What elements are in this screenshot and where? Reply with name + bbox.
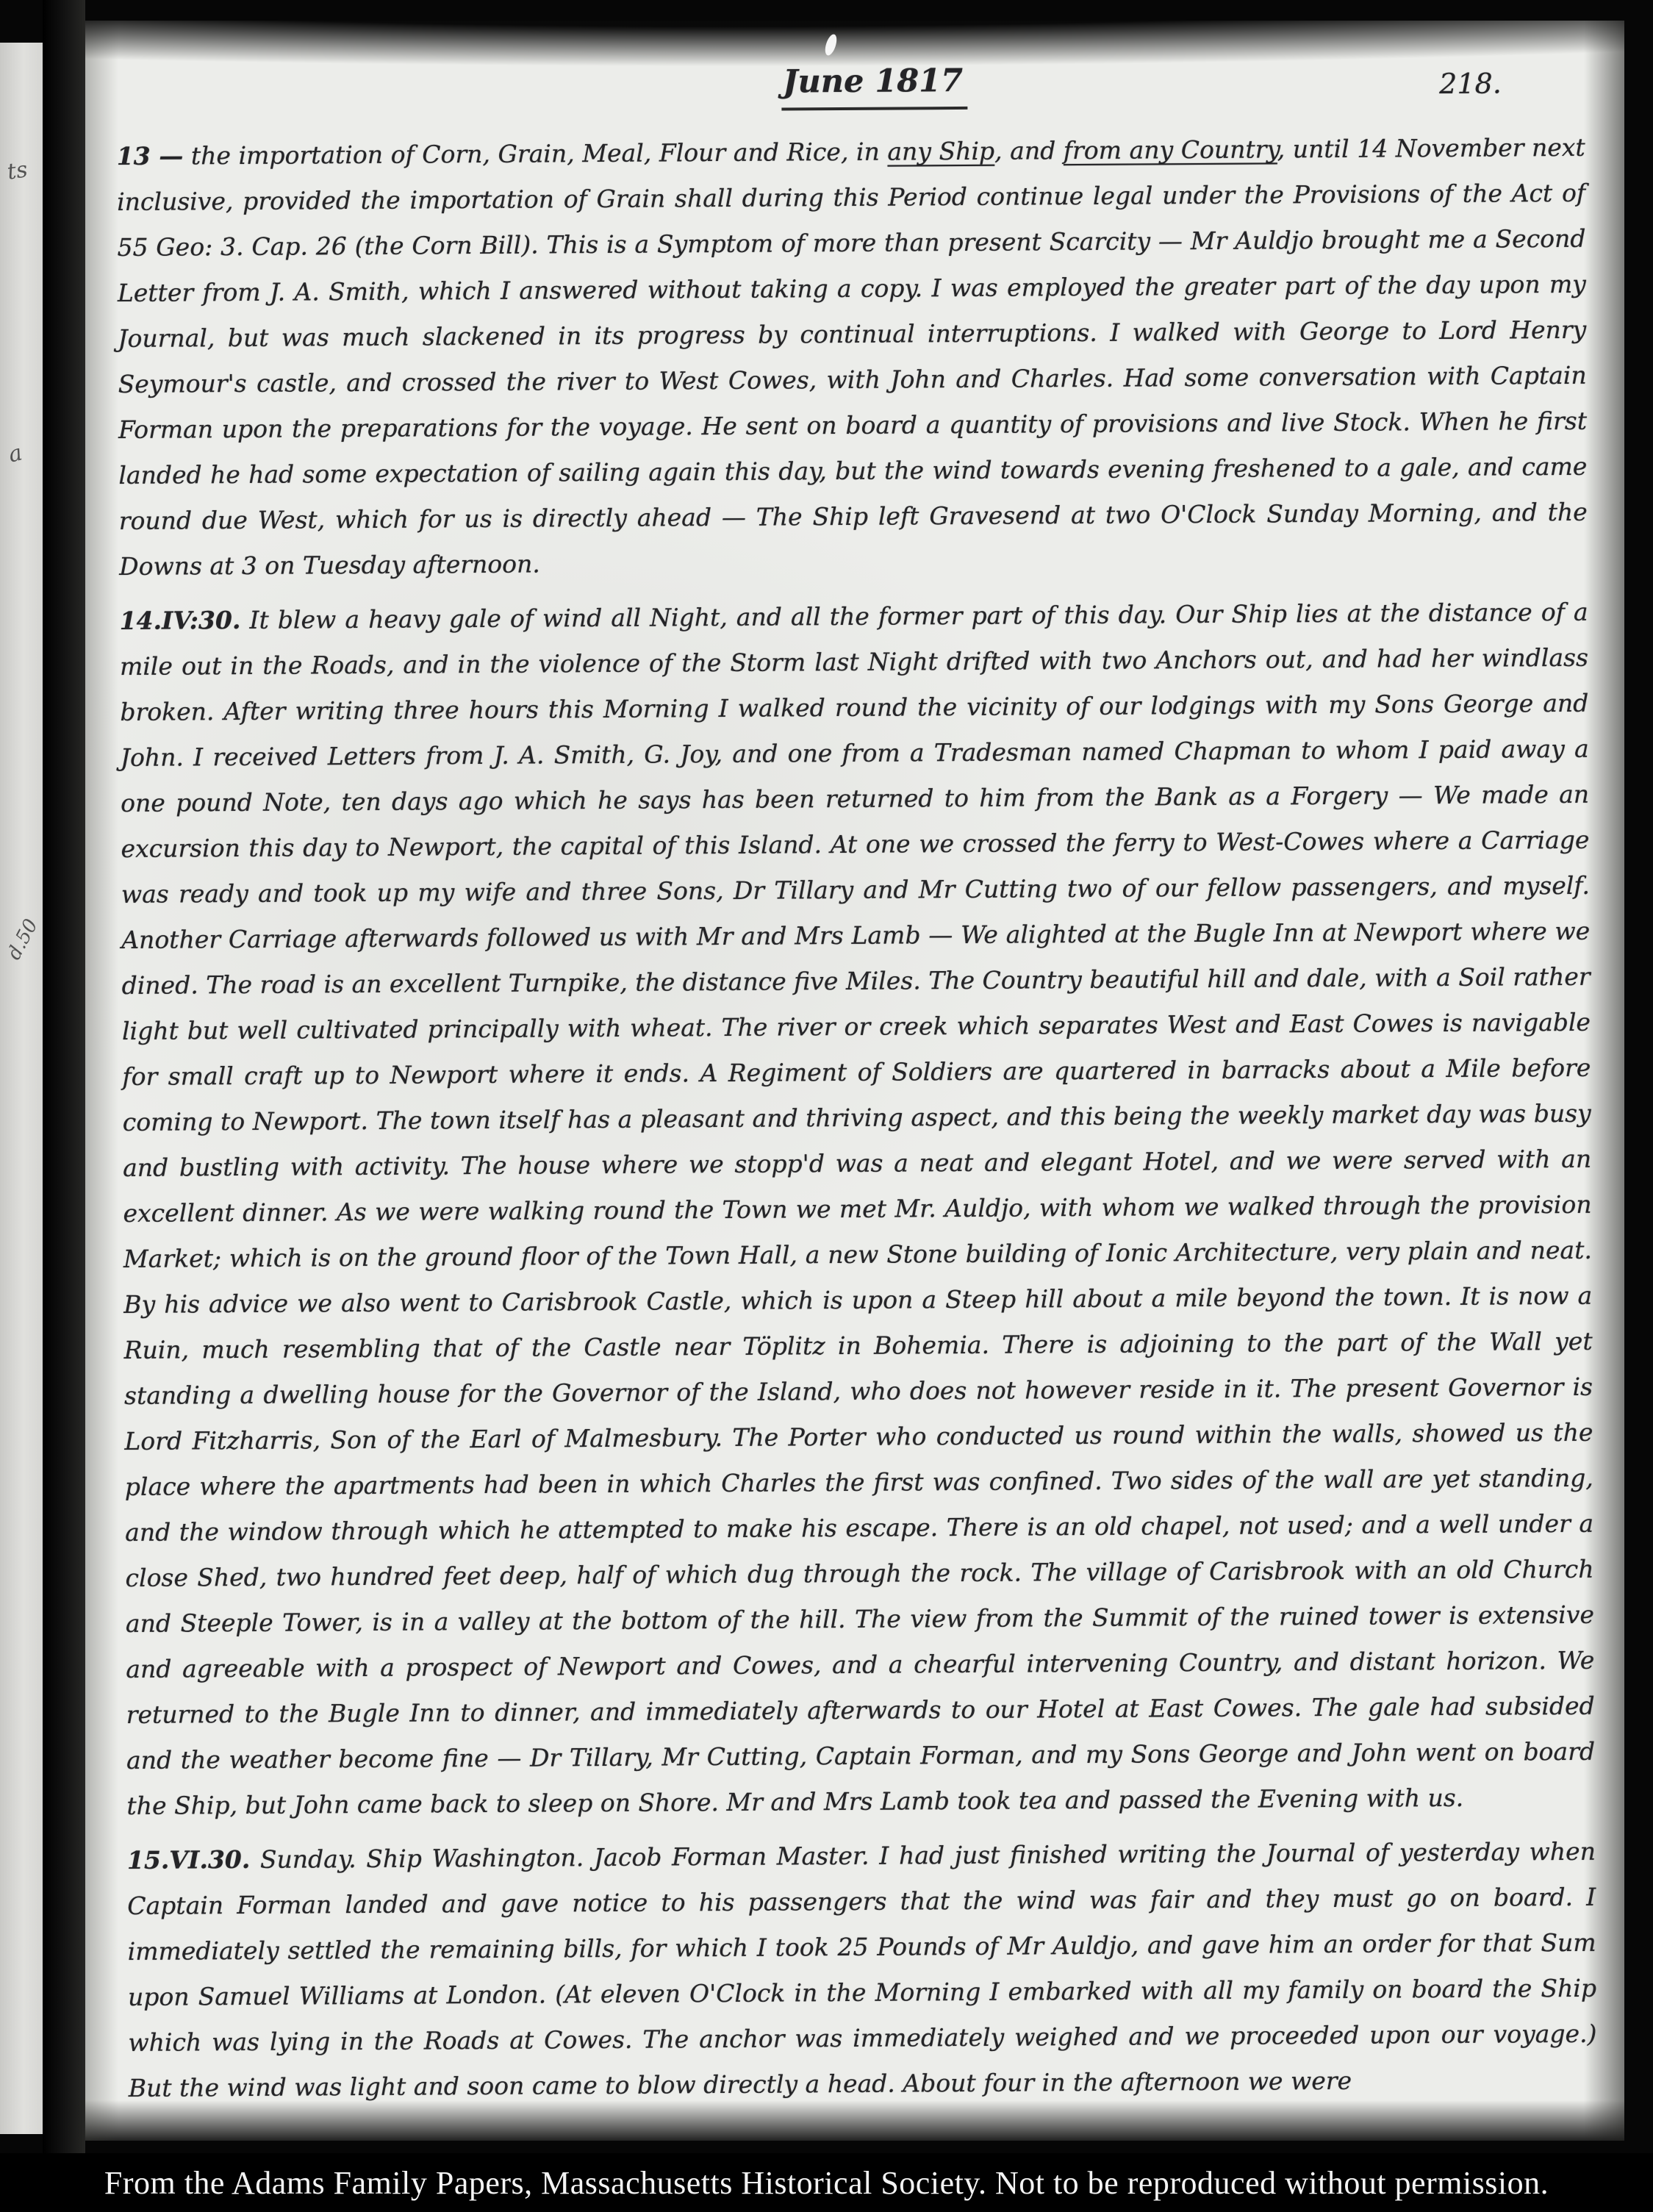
bleed-through-mark: a bbox=[7, 442, 25, 466]
credit-text: From the Adams Family Papers, Massachuse… bbox=[104, 2164, 1549, 2202]
journal-entry-june-14: 14.IV:30. It blew a heavy gale of wind a… bbox=[119, 590, 1595, 1829]
entry-date-label: 14.IV:30. bbox=[120, 606, 241, 635]
credit-bar: From the Adams Family Papers, Massachuse… bbox=[0, 2153, 1653, 2212]
dust-speck bbox=[823, 33, 839, 57]
journal-entry-june-13: 13 — the importation of Corn, Grain, Mea… bbox=[117, 125, 1588, 590]
entry-date-label: 15.VI.30. bbox=[127, 1845, 251, 1875]
manuscript-paper: June 1817 218. 13 — the importation of C… bbox=[85, 21, 1624, 2141]
entry-text-segment: , until 14 November next inclusive, prov… bbox=[117, 133, 1588, 581]
entry-text-segment: , and bbox=[994, 136, 1064, 165]
entry-text-underlined: from any Country bbox=[1064, 135, 1277, 165]
handwritten-content: June 1817 218. 13 — the importation of C… bbox=[116, 54, 1597, 2111]
journal-entry-june-15: 15.VI.30. Sunday. Ship Washington. Jacob… bbox=[127, 1829, 1597, 2111]
entry-date-label: 13 — bbox=[117, 141, 184, 171]
bleed-through-mark: ts bbox=[6, 159, 29, 184]
journal-date-heading: June 1817 bbox=[781, 58, 967, 111]
entry-text-segment: It blew a heavy gale of wind all Night, … bbox=[120, 598, 1595, 1820]
entry-text-segment: Sunday. Ship Washington. Jacob Forman Ma… bbox=[127, 1837, 1596, 2102]
book-gutter-shadow bbox=[43, 0, 85, 2153]
scanned-manuscript-page: { "header": { "date": "June 1817", "page… bbox=[0, 0, 1653, 2212]
page-header: June 1817 218. bbox=[116, 54, 1585, 134]
bleed-through-mark: d.50 bbox=[3, 915, 43, 963]
entry-text-segment: the importation of Corn, Grain, Meal, Fl… bbox=[191, 137, 888, 171]
page-number: 218. bbox=[1439, 60, 1502, 107]
facing-page-sliver: ts a d.50 bbox=[0, 43, 43, 2134]
entry-text-underlined: any Ship bbox=[887, 137, 994, 166]
